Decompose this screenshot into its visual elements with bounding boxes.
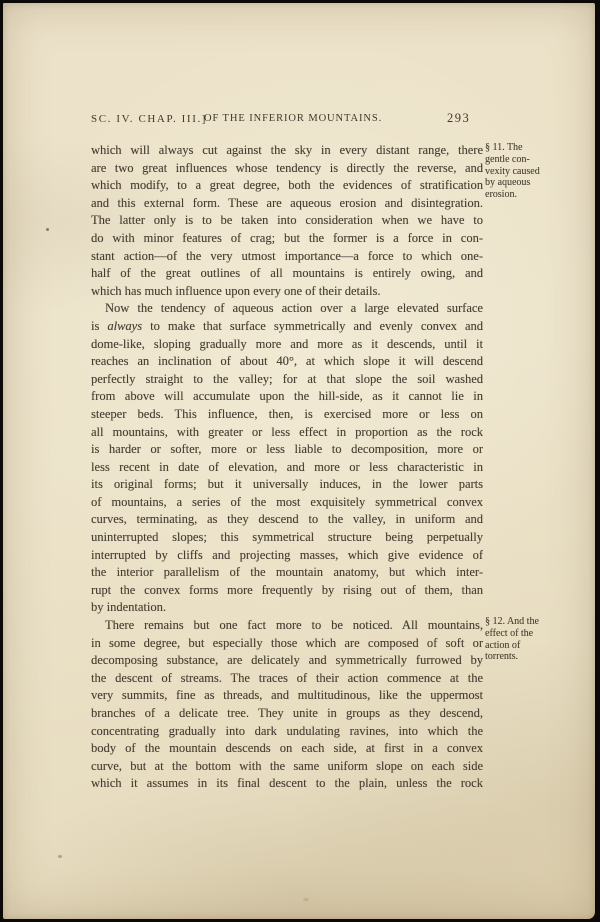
body-line: which has much influence upon every one … bbox=[91, 283, 483, 301]
body-line: the descent of streams. The traces of th… bbox=[91, 670, 483, 688]
body-line: Now the tendency of aqueous action over … bbox=[91, 300, 483, 318]
margin-note-line: by aqueous bbox=[485, 177, 583, 189]
page-surface: SC. IV. CHAP. III.] OF THE INFERIOR MOUN… bbox=[3, 3, 595, 919]
body-line: which will always cut against the sky in… bbox=[91, 142, 483, 160]
margin-note-2: § 12. And theeffect of theaction oftorre… bbox=[485, 616, 583, 663]
body-line: are two great influences whose tendency … bbox=[91, 160, 483, 178]
body-line: all mountains, with greater or less effe… bbox=[91, 424, 483, 442]
body-line: and this external form. These are aqueou… bbox=[91, 195, 483, 213]
body-text: which will always cut against the sky in… bbox=[91, 142, 483, 793]
body-line: reaches an inclination of about 40°, at … bbox=[91, 353, 483, 371]
paragraph: which will always cut against the sky in… bbox=[91, 142, 483, 300]
body-line: very summits, fine as threads, and multi… bbox=[91, 687, 483, 705]
body-line: decomposing substance, are delicately an… bbox=[91, 652, 483, 670]
body-line: The latter only is to be taken into cons… bbox=[91, 212, 483, 230]
header-title: OF THE INFERIOR MOUNTAINS. bbox=[204, 113, 382, 124]
body-line: interrupted by cliffs and projecting mas… bbox=[91, 547, 483, 565]
body-line: branches of a delicate tree. They unite … bbox=[91, 705, 483, 723]
body-line: which modify, to a great degree, both th… bbox=[91, 177, 483, 195]
body-line: There remains but one fact more to be no… bbox=[91, 617, 483, 635]
body-line: the interior parallelism of the mountain… bbox=[91, 564, 483, 582]
margin-note-line: action of bbox=[485, 640, 583, 652]
body-line: its original forms; but it universally i… bbox=[91, 476, 483, 494]
stain-speck bbox=[58, 855, 62, 858]
body-line: of mountains, a series of the most exqui… bbox=[91, 494, 483, 512]
body-line: curve, but at the bottom with the same u… bbox=[91, 758, 483, 776]
margin-note-line: vexity caused bbox=[485, 166, 583, 178]
running-header: SC. IV. CHAP. III.] OF THE INFERIOR MOUN… bbox=[3, 111, 595, 131]
body-line: body of the mountain descends on each si… bbox=[91, 740, 483, 758]
body-line: do with minor features of crag; but the … bbox=[91, 230, 483, 248]
stain-speck bbox=[303, 898, 309, 901]
margin-note-line: § 11. The bbox=[485, 142, 583, 154]
body-line: dome-like, sloping gradually more and mo… bbox=[91, 336, 483, 354]
scanned-book-page: SC. IV. CHAP. III.] OF THE INFERIOR MOUN… bbox=[0, 0, 600, 922]
body-line: rupt the convex forms more frequently by… bbox=[91, 582, 483, 600]
body-line: is always to make that surface symmetric… bbox=[91, 318, 483, 336]
body-line: perfectly straight to the valley; for at… bbox=[91, 371, 483, 389]
body-line: curves, terminating, as they descend to … bbox=[91, 511, 483, 529]
body-line: by indentation. bbox=[91, 599, 483, 617]
margin-note-1: § 11. Thegentle con-vexity causedby aque… bbox=[485, 142, 583, 201]
paragraph: There remains but one fact more to be no… bbox=[91, 617, 483, 793]
paragraph: Now the tendency of aqueous action over … bbox=[91, 300, 483, 617]
body-line: uninterrupted slopes; this symmetrical s… bbox=[91, 529, 483, 547]
body-line: is harder or softer, more or less liable… bbox=[91, 441, 483, 459]
body-line: concentrating gradually into dark undula… bbox=[91, 723, 483, 741]
body-line: half of the great outlines of all mounta… bbox=[91, 265, 483, 283]
header-section-chapter: SC. IV. CHAP. III.] bbox=[91, 113, 207, 125]
margin-note-line: torrents. bbox=[485, 651, 583, 663]
stain-speck bbox=[46, 228, 49, 231]
body-line: from above will accumulate upon the hill… bbox=[91, 388, 483, 406]
margin-note-line: § 12. And the bbox=[485, 616, 583, 628]
margin-note-line: erosion. bbox=[485, 189, 583, 201]
body-line: in some degree, but especially those whi… bbox=[91, 635, 483, 653]
page-number: 293 bbox=[447, 111, 470, 126]
body-line: steeper beds. This influence, then, is e… bbox=[91, 406, 483, 424]
margin-note-line: gentle con- bbox=[485, 154, 583, 166]
body-line: less recent in date of elevation, and mo… bbox=[91, 459, 483, 477]
body-line: stant action—of the very utmost importan… bbox=[91, 248, 483, 266]
margin-note-line: effect of the bbox=[485, 628, 583, 640]
body-line: which it assumes in its final descent to… bbox=[91, 775, 483, 793]
